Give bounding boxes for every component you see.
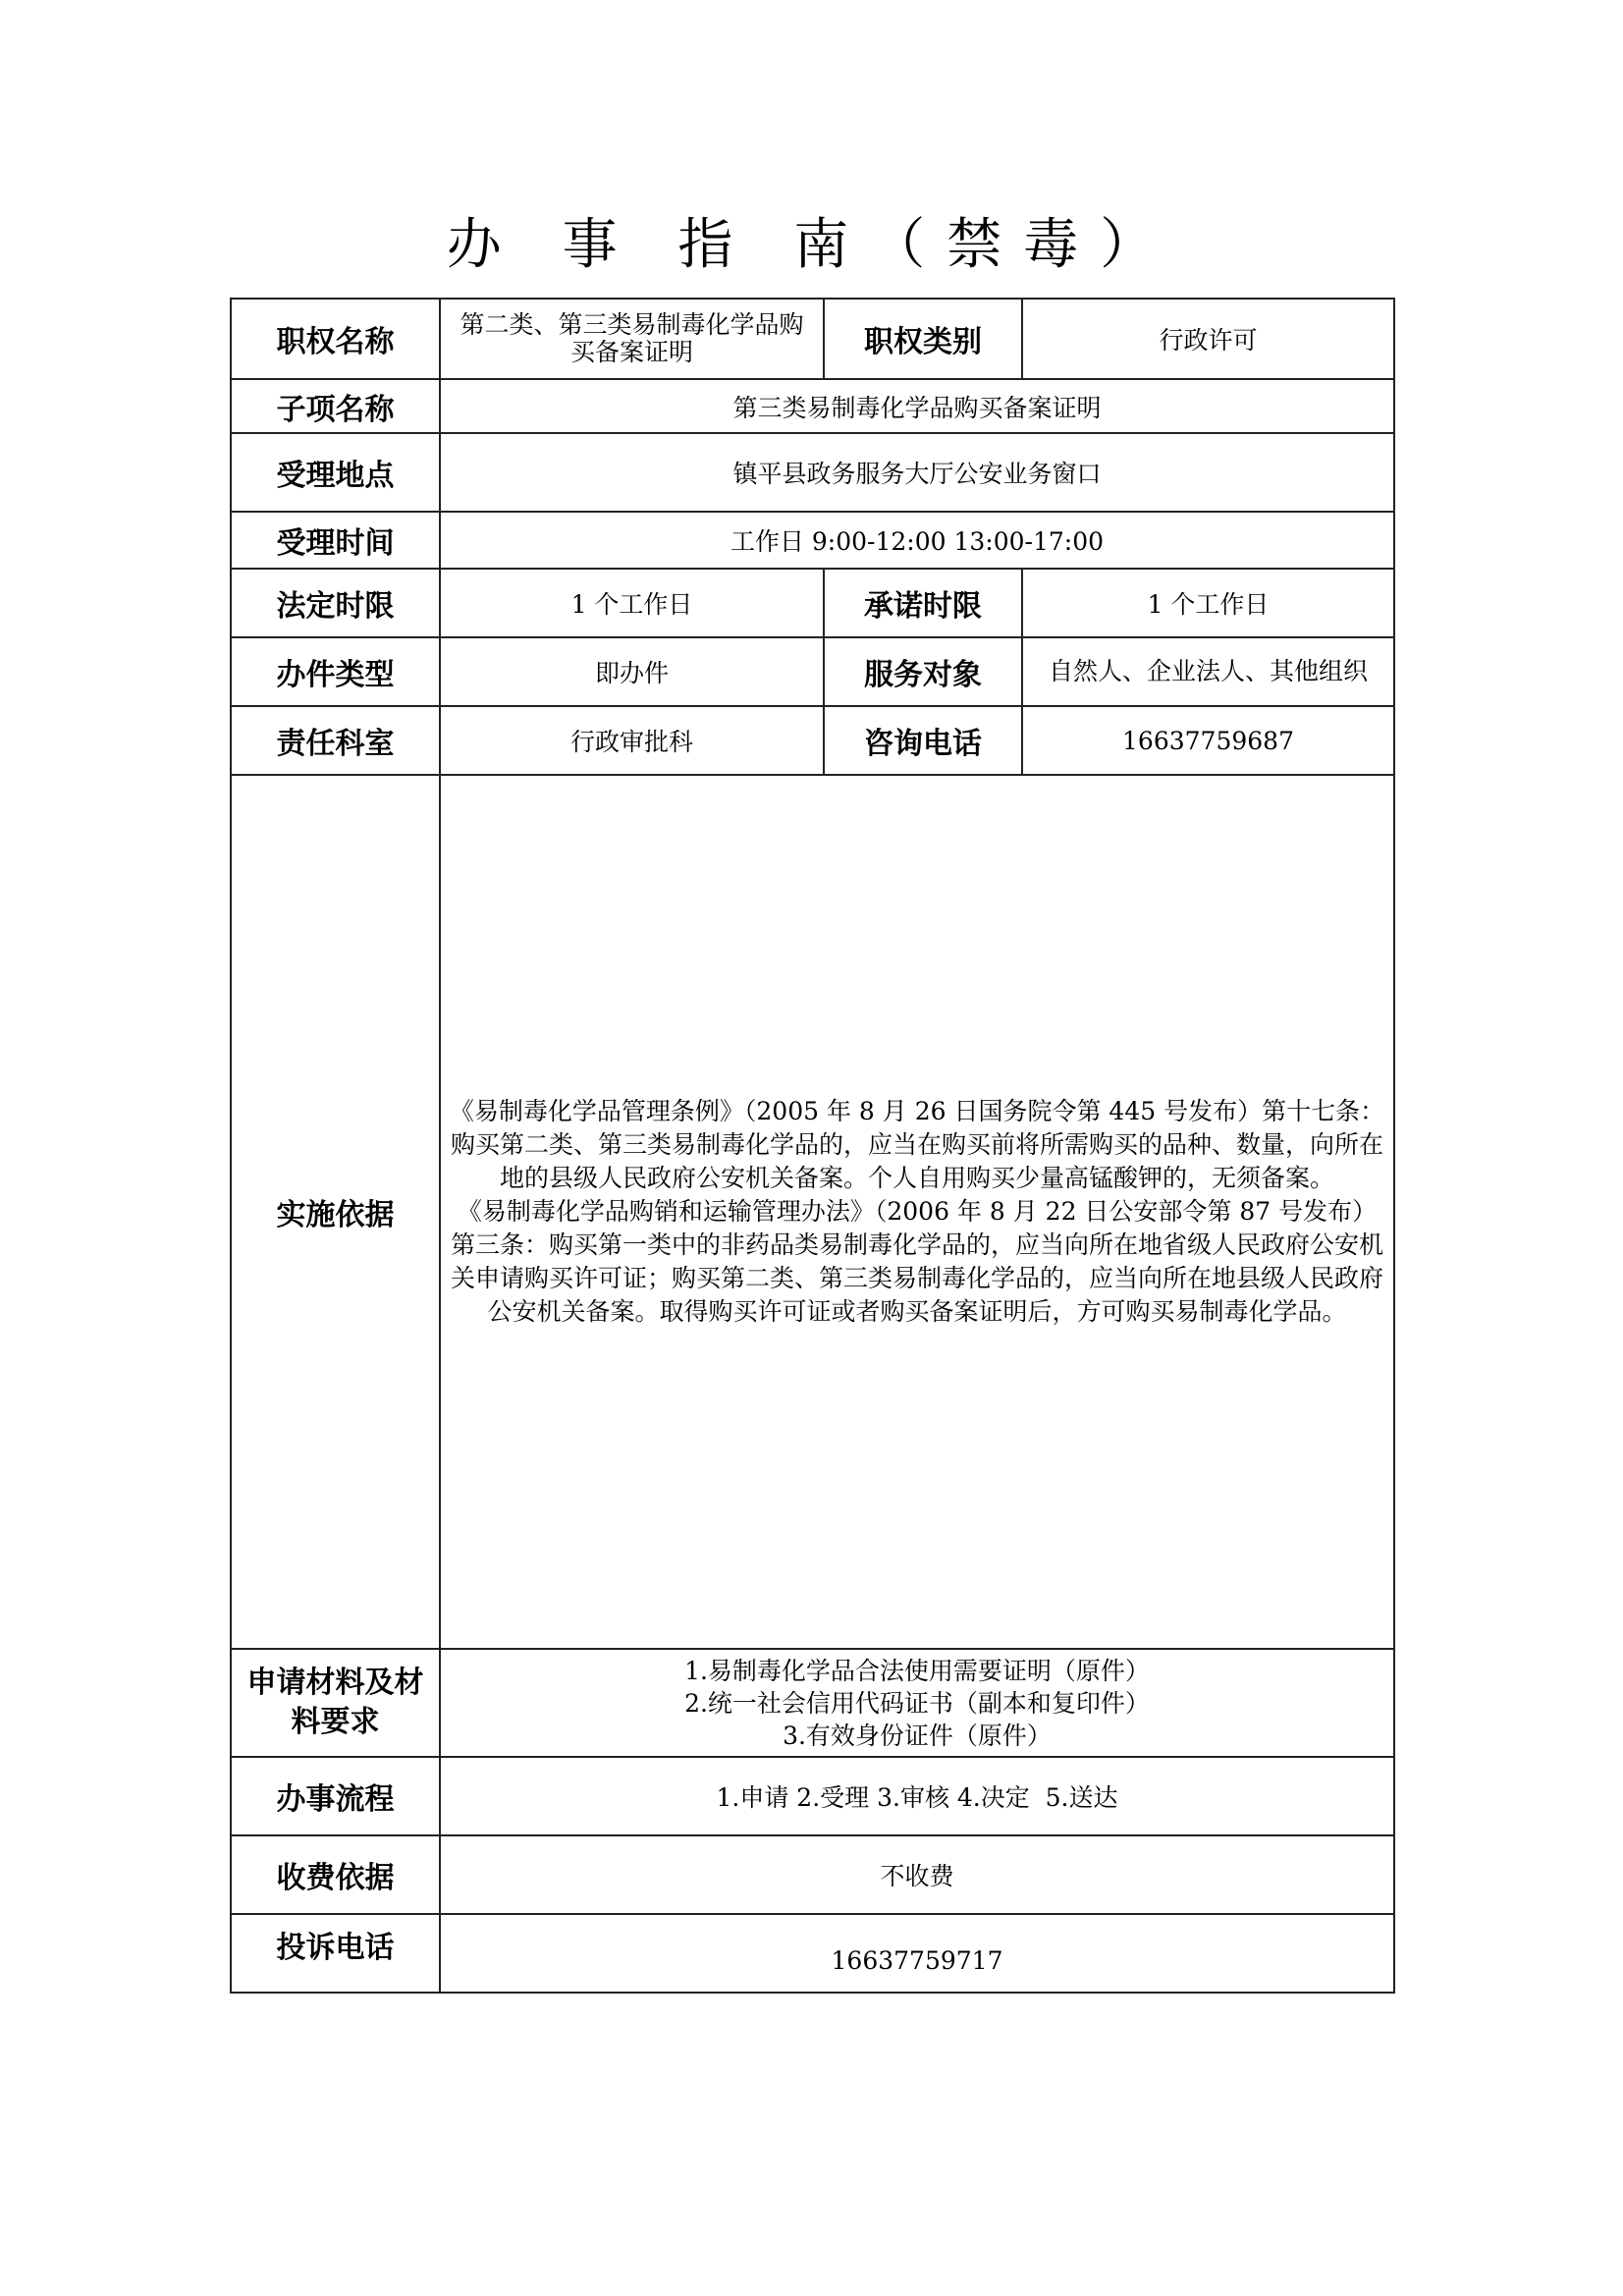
complaint-phone-label: 投诉电话 — [231, 1914, 440, 1993]
materials-item: 2.统一社会信用代码证书（副本和复印件） — [449, 1687, 1385, 1720]
case-type-label: 办件类型 — [231, 637, 440, 706]
materials-item: 3.有效身份证件（原件） — [449, 1720, 1385, 1752]
location-value: 镇平县政务服务大厅公安业务窗口 — [440, 433, 1394, 512]
guide-table: 职权名称 第二类、第三类易制毒化学品购买备案证明 职权类别 行政许可 子项名称 … — [230, 298, 1395, 1994]
sub-item-label: 子项名称 — [231, 379, 440, 433]
department-label: 责任科室 — [231, 706, 440, 775]
authority-type-label: 职权类别 — [824, 299, 1022, 379]
fee-label: 收费依据 — [231, 1835, 440, 1914]
process-value: 1.申请 2.受理 3.审核 4.决定 5.送达 — [440, 1757, 1394, 1835]
authority-name-value: 第二类、第三类易制毒化学品购买备案证明 — [440, 299, 824, 379]
department-value: 行政审批科 — [440, 706, 824, 775]
page-title: 办 事 指 南（禁毒） — [0, 201, 1623, 280]
table-row: 实施依据 《易制毒化学品管理条例》（2005 年 8 月 26 日国务院令第 4… — [231, 775, 1394, 1649]
sub-item-value: 第三类易制毒化学品购买备案证明 — [440, 379, 1394, 433]
consult-phone-value: 16637759687 — [1022, 706, 1394, 775]
consult-phone-label: 咨询电话 — [824, 706, 1022, 775]
process-label: 办事流程 — [231, 1757, 440, 1835]
legal-limit-value: 1 个工作日 — [440, 569, 824, 637]
promised-limit-value: 1 个工作日 — [1022, 569, 1394, 637]
table-row: 办件类型 即办件 服务对象 自然人、企业法人、其他组织 — [231, 637, 1394, 706]
table-row: 受理时间 工作日 9:00-12:00 13:00-17:00 — [231, 512, 1394, 569]
table-row: 办事流程 1.申请 2.受理 3.审核 4.决定 5.送达 — [231, 1757, 1394, 1835]
service-target-label: 服务对象 — [824, 637, 1022, 706]
table-row: 责任科室 行政审批科 咨询电话 16637759687 — [231, 706, 1394, 775]
table-row: 子项名称 第三类易制毒化学品购买备案证明 — [231, 379, 1394, 433]
case-type-value: 即办件 — [440, 637, 824, 706]
promised-limit-label: 承诺时限 — [824, 569, 1022, 637]
authority-name-label: 职权名称 — [231, 299, 440, 379]
table-row: 收费依据 不收费 — [231, 1835, 1394, 1914]
legal-limit-label: 法定时限 — [231, 569, 440, 637]
materials-list: 1.易制毒化学品合法使用需要证明（原件） 2.统一社会信用代码证书（副本和复印件… — [440, 1649, 1394, 1757]
table-row: 投诉电话 16637759717 — [231, 1914, 1394, 1993]
basis-label: 实施依据 — [231, 775, 440, 1649]
table-row: 法定时限 1 个工作日 承诺时限 1 个工作日 — [231, 569, 1394, 637]
basis-content: 《易制毒化学品管理条例》（2005 年 8 月 26 日国务院令第 445 号发… — [440, 775, 1394, 1649]
complaint-phone-value: 16637759717 — [440, 1914, 1394, 1993]
table-row: 受理地点 镇平县政务服务大厅公安业务窗口 — [231, 433, 1394, 512]
materials-item: 1.易制毒化学品合法使用需要证明（原件） — [449, 1655, 1385, 1687]
hours-value: 工作日 9:00-12:00 13:00-17:00 — [440, 512, 1394, 569]
table-row: 申请材料及材料要求 1.易制毒化学品合法使用需要证明（原件） 2.统一社会信用代… — [231, 1649, 1394, 1757]
fee-value: 不收费 — [440, 1835, 1394, 1914]
hours-label: 受理时间 — [231, 512, 440, 569]
authority-type-value: 行政许可 — [1022, 299, 1394, 379]
table-row: 职权名称 第二类、第三类易制毒化学品购买备案证明 职权类别 行政许可 — [231, 299, 1394, 379]
service-target-value: 自然人、企业法人、其他组织 — [1022, 637, 1394, 706]
basis-paragraph: 《易制毒化学品管理条例》（2005 年 8 月 26 日国务院令第 445 号发… — [449, 1095, 1385, 1195]
materials-label: 申请材料及材料要求 — [231, 1649, 440, 1757]
location-label: 受理地点 — [231, 433, 440, 512]
basis-paragraph: 《易制毒化学品购销和运输管理办法》（2006 年 8 月 22 日公安部令第 8… — [449, 1195, 1385, 1329]
